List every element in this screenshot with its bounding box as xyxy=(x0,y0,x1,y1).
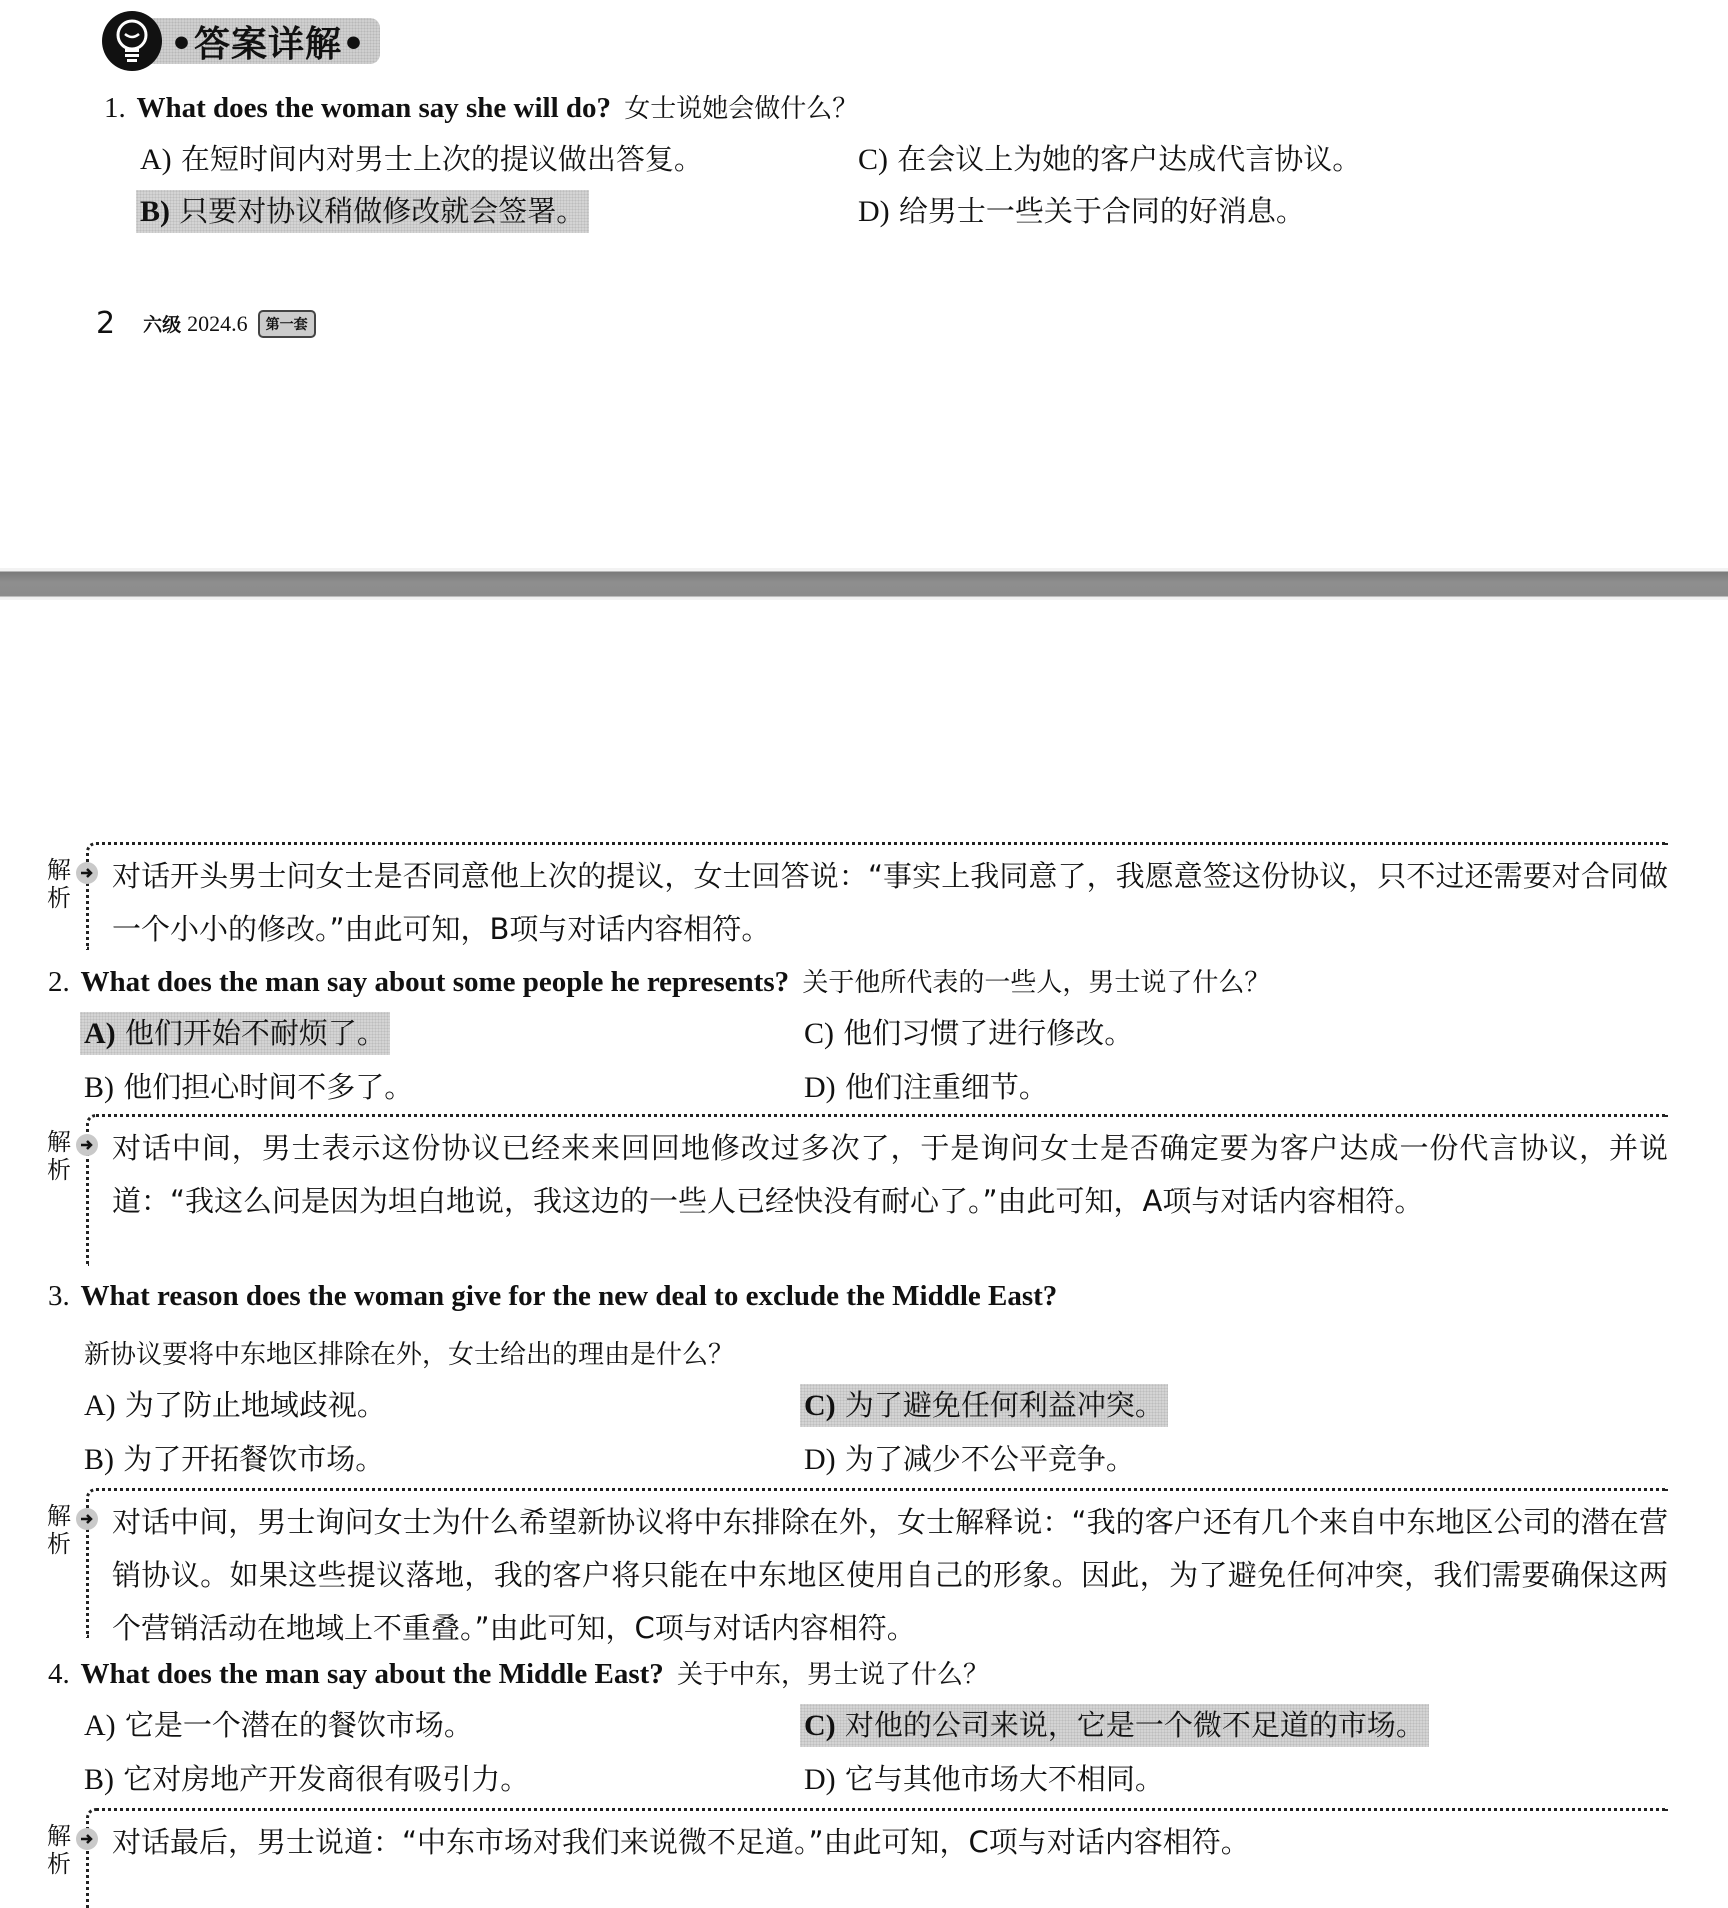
page-number: 2 xyxy=(96,306,115,341)
question-3-text-cn: 新协议要将中东地区排除在外，女士给出的理由是什么？ xyxy=(84,1334,734,1371)
q2-option-b[interactable]: B) 他们担心时间不多了。 xyxy=(80,1066,417,1109)
analysis-box-q2: 解析 对话中间，男士表示这份协议已经来来回回地修改过多次了，于是询问女士是否确定… xyxy=(46,1114,1668,1266)
set-badge: 第一套 xyxy=(258,310,316,338)
page-footer: 2 六级 2024.6 第一套 xyxy=(96,306,316,341)
q1-option-d[interactable]: D) 给男士一些关于合同的好消息。 xyxy=(854,190,1309,233)
arrow-right-icon xyxy=(76,1828,98,1850)
page-divider xyxy=(0,568,1728,600)
lightbulb-icon xyxy=(102,11,162,71)
question-text-en: What reason does the woman give for the … xyxy=(80,1280,1057,1312)
analysis-text: 对话中间，男士表示这份协议已经来来回回地修改过多次了，于是询问女士是否确定要为客… xyxy=(112,1122,1668,1228)
q1-option-a[interactable]: A) 在短时间内对男士上次的提议做出答复。 xyxy=(136,138,707,181)
analysis-text: 对话开头男士问女士是否同意他上次的提议，女士回答说：“事实上我同意了，我愿意签这… xyxy=(112,850,1668,956)
q1-option-b-correct[interactable]: B) 只要对协议稍做修改就会签署。 xyxy=(136,190,589,233)
question-2-title: 2. What does the man say about some peop… xyxy=(48,962,1270,999)
q3-option-a[interactable]: A) 为了防止地域歧视。 xyxy=(80,1384,390,1427)
question-text-cn: 女士说她会做什么？ xyxy=(624,94,858,124)
question-text-en: What does the man say about some people … xyxy=(80,966,789,998)
q2-option-d[interactable]: D) 他们注重细节。 xyxy=(800,1066,1052,1109)
question-4-title: 4. What does the man say about the Middl… xyxy=(48,1654,989,1691)
analysis-box-q3: 解析 对话中间，男士询问女士为什么希望新协议将中东排除在外，女士解释说：“我的客… xyxy=(46,1488,1668,1638)
question-number: 4. xyxy=(48,1658,70,1690)
analysis-box-q4: 解析 对话最后，男士说道：“中东市场对我们来说微不足道。”由此可知，C项与对话内… xyxy=(46,1808,1668,1908)
q3-option-d[interactable]: D) 为了减少不公平竞争。 xyxy=(800,1438,1139,1481)
section-title: •答案详解• xyxy=(150,18,380,64)
q4-option-a[interactable]: A) 它是一个潜在的餐饮市场。 xyxy=(80,1704,477,1747)
question-text-en: What does the man say about the Middle E… xyxy=(80,1658,663,1690)
analysis-label: 解析 xyxy=(46,1502,72,1558)
q2-option-a-correct[interactable]: A) 他们开始不耐烦了。 xyxy=(80,1012,390,1055)
exam-year: 2024.6 xyxy=(187,311,248,337)
page-top: •答案详解• 1. What does the woman say she wi… xyxy=(0,0,1728,568)
question-3-title: 3. What reason does the woman give for t… xyxy=(48,1280,1057,1313)
q2-option-c[interactable]: C) 他们习惯了进行修改。 xyxy=(800,1012,1137,1055)
question-text-cn: 关于他所代表的一些人，男士说了什么？ xyxy=(802,968,1270,998)
exam-series: 六级 xyxy=(143,310,181,337)
q3-option-b[interactable]: B) 为了开拓餐饮市场。 xyxy=(80,1438,388,1481)
analysis-box-q1: 解析 对话开头男士问女士是否同意他上次的提议，女士回答说：“事实上我同意了，我愿… xyxy=(46,842,1668,950)
q1-option-c[interactable]: C) 在会议上为她的客户达成代言协议。 xyxy=(854,138,1365,181)
q4-option-b[interactable]: B) 它对房地产开发商很有吸引力。 xyxy=(80,1758,533,1801)
question-text-cn: 关于中东，男士说了什么？ xyxy=(677,1660,989,1690)
question-1-title: 1. What does the woman say she will do? … xyxy=(104,88,858,125)
q4-option-c-correct[interactable]: C) 对他的公司来说，它是一个微不足道的市场。 xyxy=(800,1704,1429,1747)
analysis-label: 解析 xyxy=(46,1128,72,1184)
q4-option-d[interactable]: D) 它与其他市场大不相同。 xyxy=(800,1758,1168,1801)
arrow-right-icon xyxy=(76,1134,98,1156)
question-text-en: What does the woman say she will do? xyxy=(136,92,611,124)
question-number: 1. xyxy=(104,92,126,124)
analysis-label: 解析 xyxy=(46,1822,72,1878)
section-header: •答案详解• xyxy=(102,10,380,72)
analysis-text: 对话最后，男士说道：“中东市场对我们来说微不足道。”由此可知，C项与对话内容相符… xyxy=(112,1816,1668,1869)
arrow-right-icon xyxy=(76,862,98,884)
q3-option-c-correct[interactable]: C) 为了避免任何利益冲突。 xyxy=(800,1384,1168,1427)
analysis-label: 解析 xyxy=(46,856,72,912)
arrow-right-icon xyxy=(76,1508,98,1530)
question-number: 2. xyxy=(48,966,70,998)
analysis-text: 对话中间，男士询问女士为什么希望新协议将中东排除在外，女士解释说：“我的客户还有… xyxy=(112,1496,1668,1655)
question-number: 3. xyxy=(48,1280,70,1312)
